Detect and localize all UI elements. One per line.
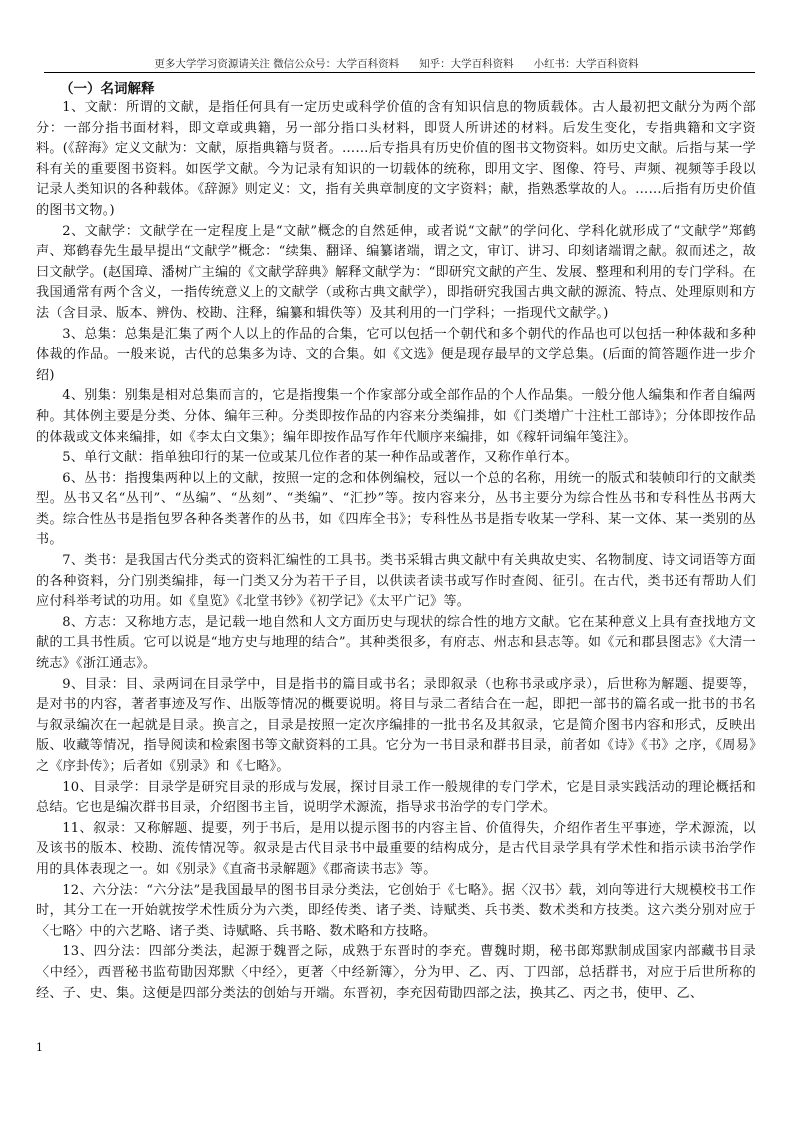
paragraph-term-8: 8、方志：又称地方志，是记载一地自然和人文方面历史与现状的综合性的地方文献。它在… — [36, 613, 756, 675]
paragraph-term-6: 6、丛书：指搜集两种以上的文献，按照一定的念和体例编校，冠以一个总的名称，用统一… — [36, 469, 756, 551]
paragraph-term-5: 5、单行文献：指单独印行的某一位或某几位作者的某一种作品或著作，又称作单行本。 — [36, 448, 756, 469]
paragraph-term-7: 7、类书：是我国古代分类式的资料汇编性的工具书。类书采辑古典文献中有关典故史实、… — [36, 551, 756, 613]
section-title: （一）名词解释 — [60, 77, 155, 97]
paragraph-term-11: 11、叙录：又称解题、提要，列于书后，是用以提示图书的内容主旨、价值得失，介绍作… — [36, 819, 756, 881]
paragraph-term-12: 12、六分法：“六分法”是我国最早的图书目录分类法，它创始于《七略》。据〈汉书〉… — [36, 881, 756, 943]
paragraph-term-2: 2、文献学：文献学在一定程度上是“文献”概念的自然延伸，或者说“文献”的学问化、… — [36, 222, 756, 325]
paragraph-term-9: 9、目录：目、录两词在目录学中，目是指书的篇目或书名；录即叙录（也称书录或序录）… — [36, 675, 756, 778]
header-promo-xiaohongshu: 小红书：大学百科资料 — [534, 58, 639, 70]
paragraph-term-1: 1、文献：所谓的文献，是指任何具有一定历史或科学价值的含有知识信息的物质载体。古… — [36, 98, 756, 222]
document-body: 1、文献：所谓的文献，是指任何具有一定历史或科学价值的含有知识信息的物质载体。古… — [36, 98, 756, 1004]
header-divider — [44, 72, 755, 73]
page-header: 更多大学学习资源请关注 微信公众号：大学百科资料知乎：大学百科资料小红书：大学百… — [0, 56, 793, 71]
header-promo-zhihu: 知乎：大学百科资料 — [419, 58, 514, 70]
header-promo-wechat: 更多大学学习资源请关注 微信公众号：大学百科资料 — [154, 58, 399, 70]
paragraph-term-10: 10、目录学：目录学是研究目录的形成与发展，探讨目录工作一般规律的专门学术，它是… — [36, 778, 756, 819]
paragraph-term-3: 3、总集：总集是汇集了两个人以上的作品的合集，它可以包括一个朝代和多个朝代的作品… — [36, 325, 756, 387]
paragraph-term-4: 4、别集：别集是相对总集而言的，它是指搜集一个作家部分或全部作品的个人作品集。一… — [36, 386, 756, 448]
paragraph-term-13: 13、四分法：四部分类法，起源于魏晋之际，成熟于东晋时的李充。曹魏时期，秘书郎郑… — [36, 942, 756, 1004]
page-number: 1 — [36, 1041, 43, 1054]
